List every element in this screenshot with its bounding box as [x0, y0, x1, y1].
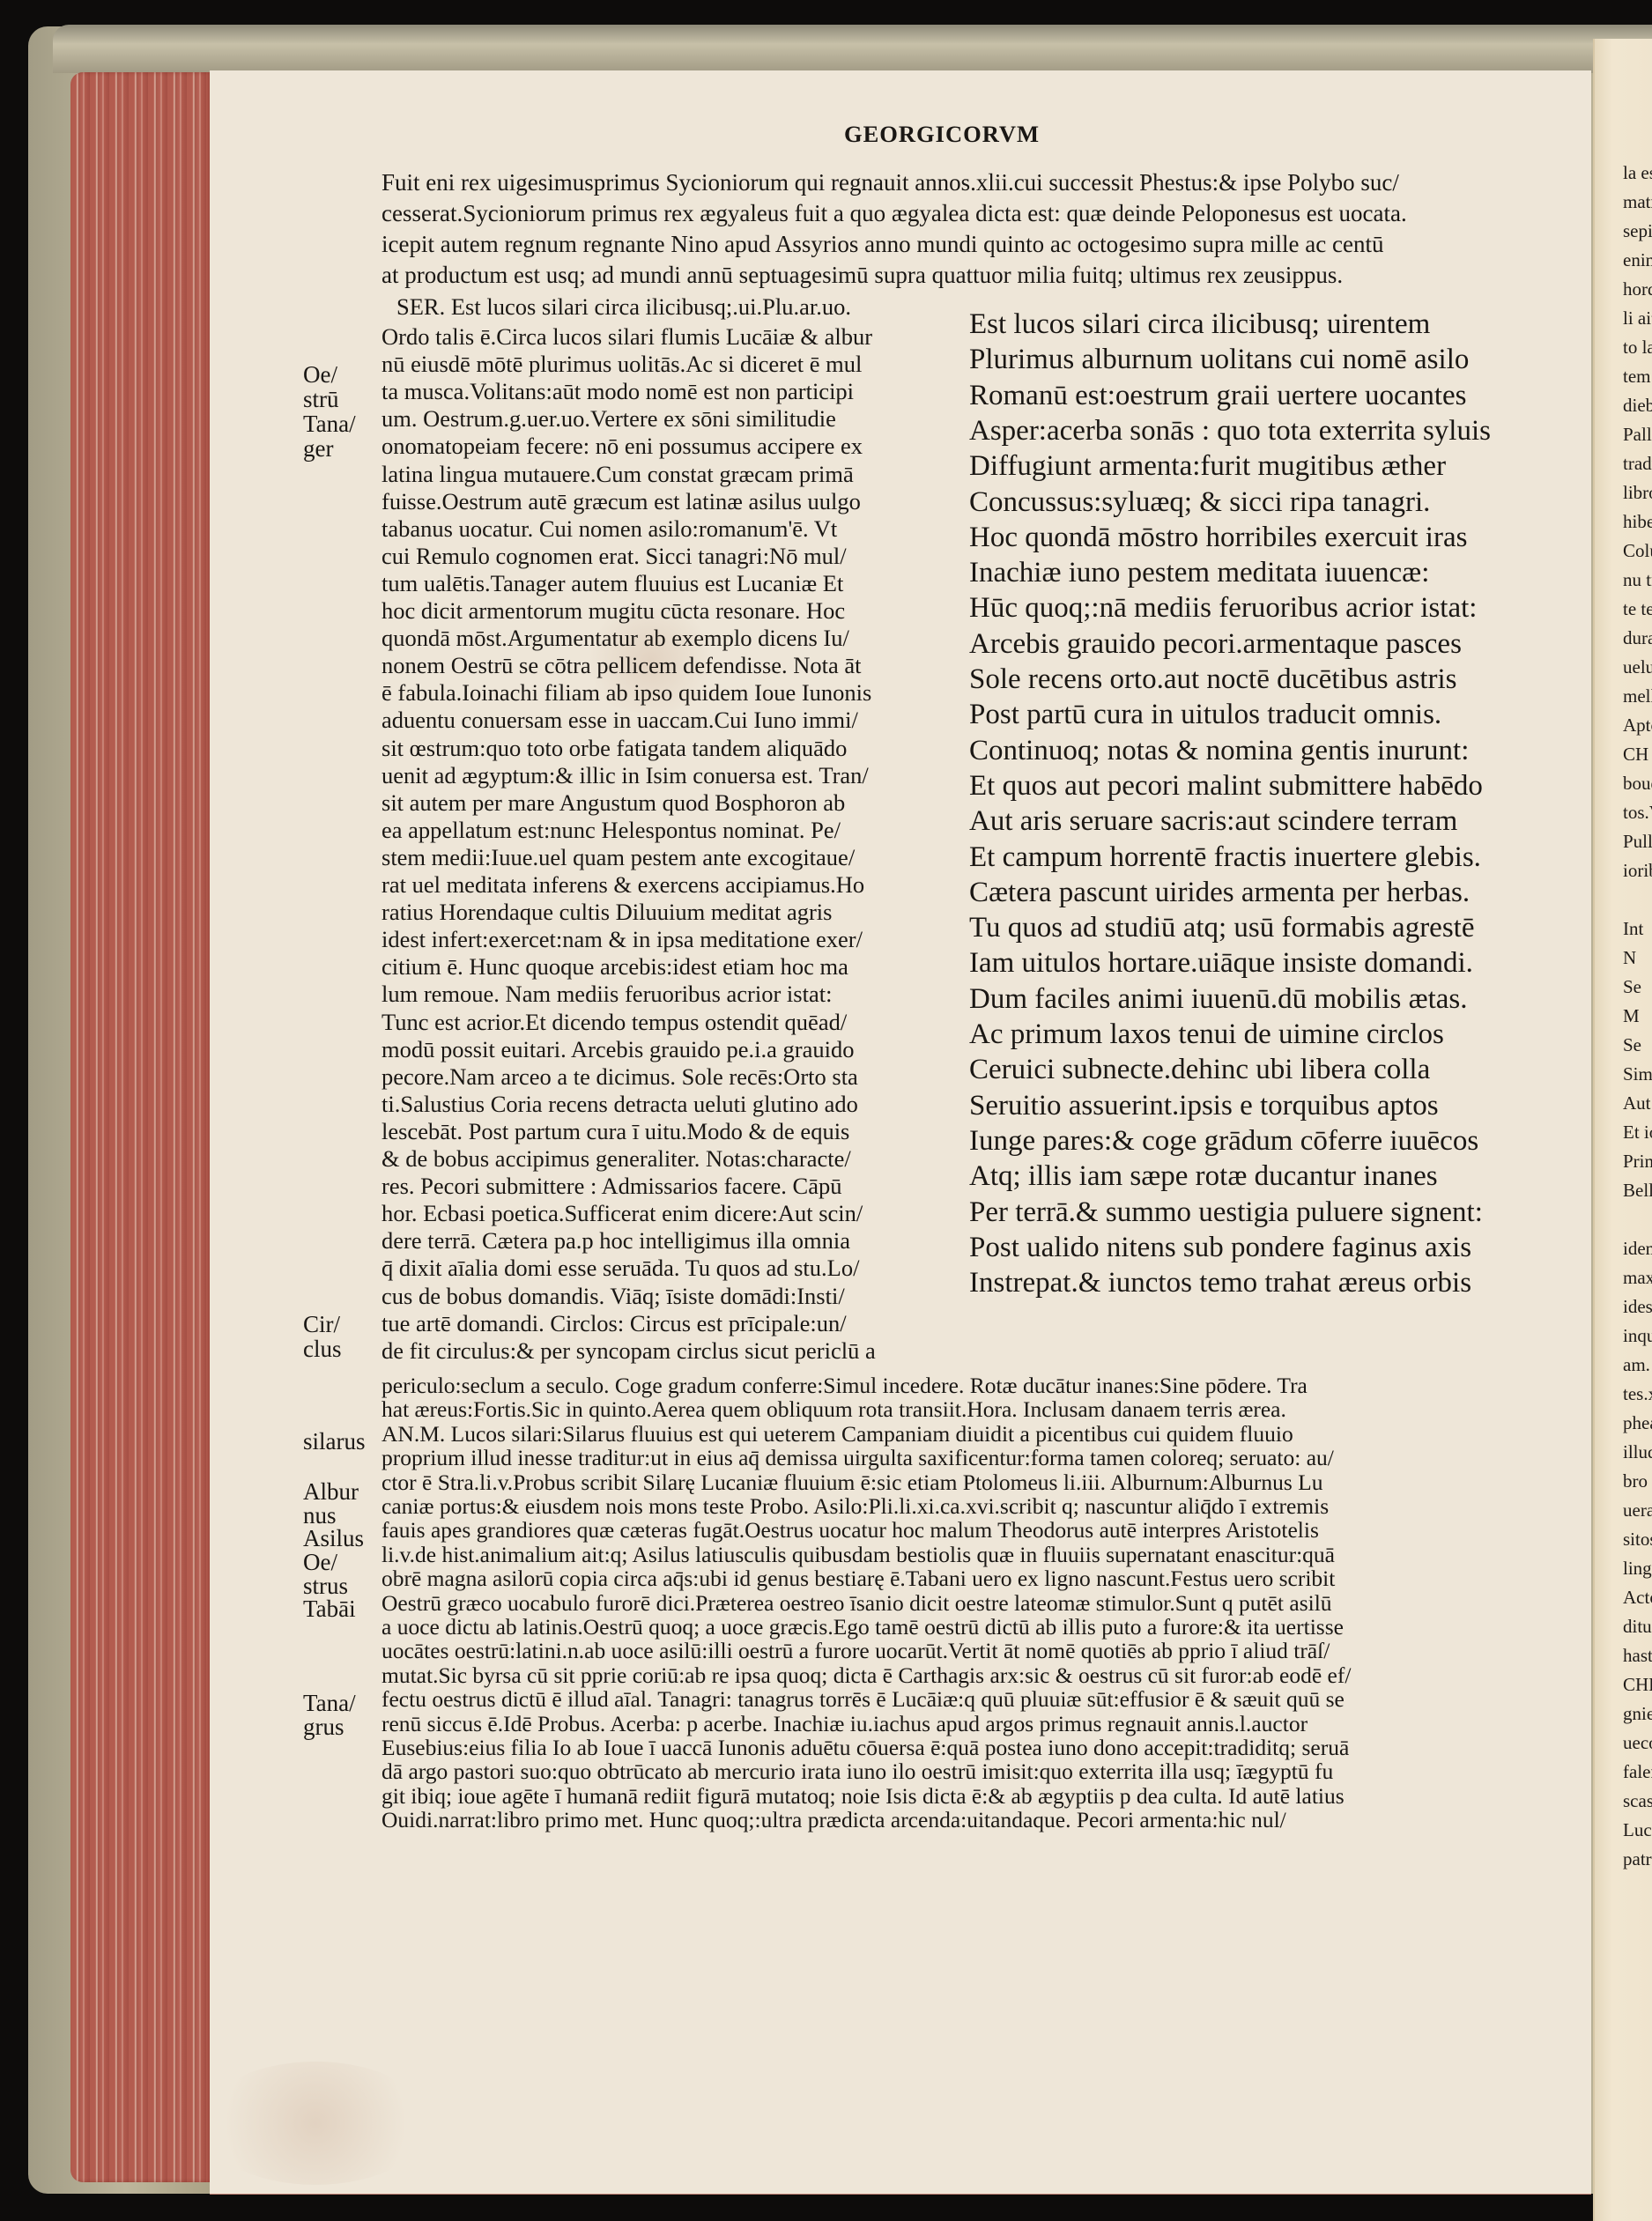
commentary-line: tabanus uocatur. Cui nomen asilo:romanum… [382, 515, 837, 543]
facing-page-line: Colu [1623, 540, 1652, 561]
commentary-line: dere terrā. Cætera pa.p hoc intelligimus… [382, 1227, 850, 1255]
commentary-line: fuisse.Oestrum autē græcum est latinæ as… [382, 488, 861, 515]
commentary-line: q̄ dixit aīalia domi esse seruāda. Tu qu… [382, 1255, 859, 1282]
facing-page-line: linguen [1623, 1558, 1652, 1579]
facing-page-line: CHRI [1623, 1674, 1652, 1695]
commentary-line: idest infert:exercet:nam & in ipsa medit… [382, 926, 863, 953]
commentary-line: citium ē. Hunc quoque arcebis:idest etia… [382, 953, 848, 981]
facing-page-line: enim [1623, 249, 1652, 270]
paper-stain [201, 2062, 430, 2185]
facing-page-line: Pull [1623, 831, 1652, 852]
commentary-line: ti.Salustius Coria recens detracta uelut… [382, 1091, 858, 1118]
commentary-line: stem medii:Iuue.uel quam pestem ante exc… [382, 844, 855, 871]
facing-page-line: am. [1623, 1354, 1650, 1375]
commentary-line: rat uel meditata inferens & exercens acc… [382, 871, 864, 899]
commentary-line: quondā mōst.Argumentatur ab exemplo dice… [382, 625, 849, 652]
commentary-line: tue artē domandi. Circlos: Circus est pr… [382, 1310, 847, 1337]
intro-line: Fuit eni rex uigesimusprimus Sycioniorum… [382, 169, 1399, 196]
commentary-line: modū possit euitari. Arcebis grauido pe.… [382, 1036, 855, 1063]
lower-line: git ibiq; ioue agēte ī humanā rediit fig… [382, 1783, 1345, 1810]
facing-page-line: to la [1623, 337, 1652, 358]
lower-line: obrē magna asilorū copia circa aq̄s:ubi … [382, 1566, 1335, 1592]
lower-line: mutat.Sic byrsa cū sit pprie coriū:ab re… [382, 1662, 1351, 1689]
facing-page-line: sepiss [1623, 220, 1652, 241]
verse-line: Arcebis grauido pecori.armentaque pasces [969, 628, 1462, 661]
facing-page-line: tradu [1623, 453, 1652, 474]
verse-line: Per terrā.& summo uestigia puluere signe… [969, 1196, 1483, 1229]
verse-line: Ac primum laxos tenui de uimine circlos [969, 1018, 1444, 1051]
facing-page-line: max [1623, 1267, 1652, 1288]
verse-line: Asper:acerba sonās : quo tota exterrita … [969, 415, 1491, 448]
commentary-line: lescebāt. Post partum cura ī uitu.Modo &… [382, 1118, 849, 1145]
commentary-line: cus de bobus domandis. Viāq; īsiste domā… [382, 1283, 845, 1310]
lower-line: fectu oestrus dictū ē illud aīal. Tanagr… [382, 1686, 1345, 1713]
lower-line: Ouidi.narrat:libro primo met. Hunc quoq;… [382, 1807, 1286, 1833]
lower-line: li.v.de hist.animalium ait:q; Asilus lat… [382, 1542, 1335, 1568]
lower-line: dā argo pastori suo:quo obtrūcato ab mer… [382, 1758, 1333, 1785]
facing-page-line: hiber [1623, 511, 1652, 532]
commentary-line: lum remoue. Nam mediis feruoribus acrior… [382, 981, 832, 1008]
facing-page-line: Se [1623, 1034, 1641, 1055]
verse-line: Cætera pascunt uirides armenta per herba… [969, 877, 1470, 909]
verse-line: Plurimus alburnum uolitans cui nomē asil… [969, 344, 1469, 376]
commentary-line: pecore.Nam arceo a te dicimus. Sole recē… [382, 1063, 858, 1091]
verse-line: Atq; illis iam sæpe rotæ ducantur inanes [969, 1160, 1438, 1193]
intro-line: icepit autem regnum regnante Nino apud A… [382, 231, 1383, 258]
facing-page-line: la est [1623, 162, 1652, 183]
lower-line: proprium illud inesse traditur:ut in eiu… [382, 1445, 1334, 1471]
lower-line: Eusebius:eius filia Io ab Ioue ī uaccā I… [382, 1735, 1349, 1761]
verse-line: Hūc quoq;:nā mediis feruoribus acrior is… [969, 592, 1477, 625]
commentary-line: aduentu conuersam esse in uaccam.Cui Iun… [382, 707, 858, 734]
facing-page-line: matr [1623, 191, 1652, 212]
verse-line: Iunge pares:& coge grādum cōferre iuuēco… [969, 1125, 1478, 1158]
lower-line: AN.M. Lucos silari:Silarus fluuius est q… [382, 1421, 1293, 1447]
commentary-line: onomatopeiam fecere: nō eni possumus acc… [382, 433, 863, 460]
commentary-line: tum ualētis.Tanager autem fluuius est Lu… [382, 570, 843, 597]
facing-page-line: Se [1623, 976, 1641, 997]
verse-line: Iam uitulos hortare.uiāque insiste doman… [969, 947, 1473, 980]
facing-page-line: Lucretiun [1623, 1819, 1652, 1840]
facing-page-line: M [1623, 1005, 1640, 1026]
margin-note: strū [303, 386, 339, 413]
verse-line: Et quos aut pecori malint submittere hab… [969, 770, 1483, 803]
verse-line: Et campum horrentē fractis inuertere gle… [969, 841, 1481, 874]
lower-line: hat æreus:Fortis.Sic in quinto.Aerea que… [382, 1396, 1286, 1423]
verse-line: Dum faciles animi iuuenū.dū mobilis ætas… [969, 983, 1468, 1016]
lower-line: ctor ē Stra.li.v.Probus scribit Silarę L… [382, 1470, 1323, 1496]
facing-page-line: Prim [1623, 1151, 1652, 1172]
facing-page-line: dura. [1623, 627, 1652, 648]
verse-line: Romanū est:oestrum graii uertere uocante… [969, 380, 1466, 412]
facing-page-line: libro [1623, 482, 1652, 503]
facing-page-line: tes.xx [1623, 1383, 1652, 1404]
facing-page-line: uelui [1623, 656, 1652, 677]
verse-line: Inachiæ iuno pestem meditata iuuencæ: [969, 557, 1429, 589]
lower-line: periculo:seclum a seculo. Coge gradum co… [382, 1373, 1308, 1399]
facing-page-line: tem [1623, 366, 1651, 387]
margin-note: Oe/ [303, 361, 337, 389]
facing-page-line: idest [1623, 1296, 1652, 1317]
facing-page-line: hasta Gel [1623, 1645, 1652, 1666]
verse-line: Tu quos ad studiū atq; usū formabis agre… [969, 912, 1475, 944]
commentary-line: de fit circulus:& per syncopam circlus s… [382, 1337, 876, 1365]
facing-page-line: nu tra [1623, 569, 1652, 590]
margin-note: grus [303, 1714, 344, 1741]
facing-page-line: Sim [1623, 1063, 1652, 1085]
facing-page-line: idem [1623, 1238, 1652, 1259]
verse-line: Diffugiunt armenta:furit mugitibus æther [969, 450, 1446, 483]
facing-page-line: Et io [1623, 1122, 1652, 1143]
commentary-line: ea appellatum est:nunc Helespontus nomin… [382, 817, 841, 844]
verse-line: Sole recens orto.aut noctē ducētibus ast… [969, 663, 1457, 696]
facing-page-line: Bella [1623, 1180, 1652, 1201]
facing-page-line: inqu [1623, 1325, 1652, 1346]
lower-line: fauis apes grandiores quæ cæteras fugāt.… [382, 1517, 1319, 1544]
verse-line: Seruitio assuerint.ipsis e torquibus apt… [969, 1090, 1439, 1122]
facing-page-line: dieb [1623, 395, 1652, 416]
facing-page-line: bro oc [1623, 1470, 1652, 1492]
facing-page-line: Apto [1623, 714, 1652, 736]
facing-page-line: patria pon [1623, 1848, 1652, 1869]
margin-note: ger [303, 435, 333, 463]
verse-line: Continuoq; notas & nomina gentis inurunt… [969, 735, 1469, 767]
facing-page-line: mella [1623, 685, 1652, 707]
commentary-line: ē fabula.Ioinachi filiam ab ipso quidem … [382, 679, 871, 707]
commentary-line: ta musca.Volitans:aūt modo nomē est non … [382, 378, 854, 405]
facing-page-line: iorib [1623, 860, 1652, 881]
intro-line: cesserat.Sycioniorum primus rex ægyaleus… [382, 200, 1407, 227]
lower-line: renū siccus ē.Idē Probus. Acerba: p acer… [382, 1711, 1308, 1737]
verse-line: Ceruici subnecte.dehinc ubi libera colla [969, 1054, 1430, 1086]
facing-page-line: sitos:ha [1623, 1529, 1652, 1550]
facing-page-line: Aut [1623, 1092, 1651, 1114]
verse-line: Concussus:syluæq; & sicci ripa tanagri. [969, 486, 1430, 519]
commentary-line: & de bobus accipimus generaliter. Notas:… [382, 1145, 851, 1173]
commentary-line: cui Remulo cognomen erat. Sicci tanagri:… [382, 543, 847, 570]
commentary-line: um. Oestrum.g.uer.uo.Vertere ex sōni sim… [382, 405, 836, 433]
facing-page-line: uerat:el [1623, 1499, 1652, 1521]
facing-page-line: tos.V [1623, 802, 1652, 823]
verse-line: Aut aris seruare sacris:aut scindere ter… [969, 805, 1457, 838]
commentary-line: nonem Oestrū se cōtra pellicem defendiss… [382, 652, 862, 679]
verse-line: Instrepat.& iunctos temo trahat æreus or… [969, 1267, 1471, 1299]
commentary-line: uenit ad ægyptum:& illic in Isim conuers… [382, 762, 869, 789]
margin-note: clus [303, 1336, 342, 1363]
facing-page-line: scas fron [1623, 1790, 1652, 1811]
facing-page-line: phea [1623, 1412, 1652, 1433]
commentary-line: sit œstrum:quo toto orbe fatigata tandem… [382, 735, 847, 762]
margin-note: Tabāi [303, 1595, 356, 1623]
facing-page-line: te ter [1623, 598, 1652, 619]
commentary-line: latina lingua mutauere.Cum constat græca… [382, 461, 854, 488]
facing-page-line: li ait [1623, 307, 1652, 329]
facing-page-line: Palla [1623, 424, 1652, 445]
verse-line: Hoc quondā mōstro horribiles exercuit ir… [969, 522, 1467, 554]
margin-note: Cir/ [303, 1311, 340, 1338]
facing-page: la estmatrsepissenimhordli aitto latemdi… [1593, 39, 1652, 2221]
facing-page-line: N [1623, 947, 1636, 968]
commentary-line: Ordo talis ē.Circa lucos silari flumis L… [382, 323, 872, 351]
commentary-line: nū eiusdē mōtē plurimus uolitās.Ac si di… [382, 351, 862, 378]
commentary-line: res. Pecori submittere : Admissarios fac… [382, 1173, 842, 1200]
commentary-line: sit autem per mare Angustum quod Bosphor… [382, 789, 845, 817]
verse-line: Post partū cura in uitulos traducit omni… [969, 699, 1441, 731]
lower-line: Oestrū græco uocabulo furorē dici.Præter… [382, 1590, 1332, 1617]
lower-line: caniæ portus:& eiusdem nois mons teste P… [382, 1493, 1329, 1520]
ser-line: SER. Est lucos silari circa ilicibusq;.u… [396, 293, 851, 321]
commentary-line: Tunc est acrior.Et dicendo tempus ostend… [382, 1009, 847, 1036]
verse-line: Post ualido nitens sub pondere faginus a… [969, 1232, 1471, 1264]
commentary-line: ratius Horendaque cultis Diluuium medita… [382, 899, 832, 926]
lower-line: a uoce dictu ab latinis.Oestrū quoq; a u… [382, 1614, 1344, 1640]
facing-page-line: Acto uer [1623, 1587, 1652, 1608]
verse-line: Est lucos silari circa ilicibusq; uirent… [969, 308, 1430, 341]
facing-page-line: uecors q [1623, 1732, 1652, 1753]
lower-line: uocātes oestrū:latini.n.ab uoce asilū:il… [382, 1638, 1330, 1664]
running-head: GEORGICORVM [844, 121, 1040, 148]
intro-line: at productum est usq; ad mundi annū sept… [382, 262, 1343, 289]
facing-page-line: boue [1623, 773, 1652, 794]
facing-page-line: Int [1623, 918, 1643, 939]
facing-page-line: hord [1623, 278, 1652, 300]
binding-top-edge [53, 25, 1652, 73]
red-page-edges [70, 72, 211, 2182]
facing-page-line: gnietum [1623, 1703, 1652, 1724]
facing-page-line: ditum & [1623, 1616, 1652, 1637]
commentary-line: hor. Ecbasi poetica.Sufficerat enim dice… [382, 1200, 863, 1227]
commentary-line: hoc dicit armentorum mugitu cūcta resona… [382, 597, 845, 625]
margin-note: Tana/ [303, 411, 356, 438]
facing-page-line: falem u [1623, 1761, 1652, 1782]
facing-page-line: CH [1623, 744, 1648, 765]
facing-page-line: illud u [1623, 1441, 1652, 1462]
margin-note: silarus [303, 1428, 366, 1455]
